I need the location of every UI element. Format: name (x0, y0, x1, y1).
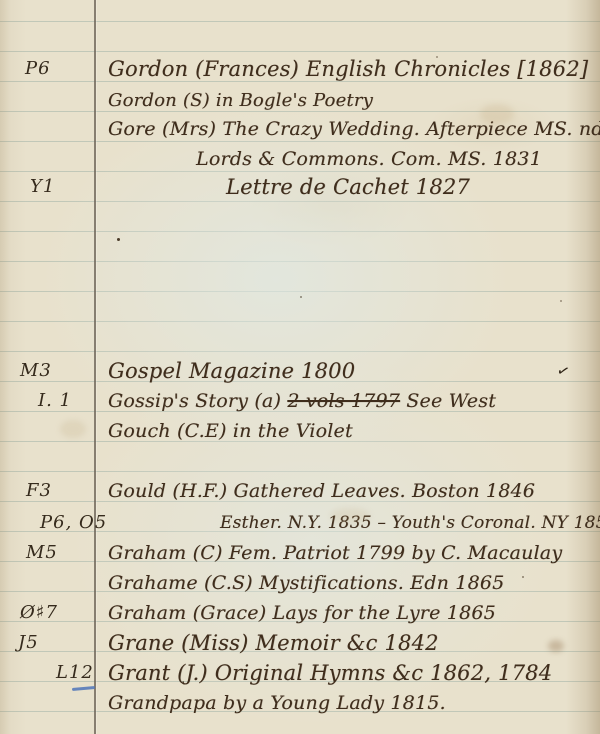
shelf-mark: P6, O5 (40, 511, 107, 535)
shelf-mark: P6 (25, 57, 51, 81)
catalog-entry-row: F3 Gould (H.F.) Gathered Leaves. Boston … (0, 478, 600, 506)
ink-speck (436, 56, 438, 58)
ink-speck (560, 300, 562, 302)
entry-text-struck: 2 vols 1797 (287, 390, 400, 412)
entry-text: Gordon (Frances) English Chronicles [186… (108, 56, 588, 82)
catalog-entry-row: M3 Gospel Magazine 1800 (0, 358, 600, 386)
catalog-entry-row: Grahame (C.S) Mystifications. Edn 1865 (0, 570, 600, 598)
catalog-entry-row: M5 Graham (C) Fem. Patriot 1799 by C. Ma… (0, 540, 600, 568)
entry-text: Grane (Miss) Memoir &c 1842 (108, 630, 439, 656)
entry-text: Lords & Commons. Com. MS. 1831 (196, 146, 542, 172)
entry-text: Grandpapa by a Young Lady 1815. (108, 690, 446, 716)
paper-stain (548, 640, 564, 652)
entry-text: Gospel Magazine 1800 (108, 358, 355, 384)
entry-text: Grant (J.) Original Hymns &c 1862, 1784 (108, 660, 552, 686)
catalog-entry-row: Ø♯7 Graham (Grace) Lays for the Lyre 186… (0, 600, 600, 628)
shelf-mark: Ø♯7 (20, 601, 58, 625)
shelf-mark: Y1 (30, 175, 55, 199)
catalog-entry-row: J5 Grane (Miss) Memoir &c 1842 (0, 630, 600, 658)
entry-text: Gore (Mrs) The Crazy Wedding. Afterpiece… (108, 116, 600, 142)
entry-text: Gordon (S) in Bogle's Poetry (108, 88, 373, 114)
entry-text: Graham (Grace) Lays for the Lyre 1865 (108, 600, 496, 626)
ink-speck (522, 576, 524, 578)
entry-text-pre: Gossip's Story (a) (108, 390, 287, 412)
shelf-mark: M5 (26, 541, 58, 565)
shelf-mark: L12 (56, 661, 94, 685)
paper-stain (480, 104, 514, 124)
catalog-entry-row: I. 1 Gossip's Story (a) 2 vols 1797 See … (0, 388, 600, 416)
catalog-entry-row: P6 Gordon (Frances) English Chronicles [… (0, 56, 600, 84)
catalog-entry-row: Grandpapa by a Young Lady 1815. (0, 690, 600, 718)
entry-text: Grahame (C.S) Mystifications. Edn 1865 (108, 570, 504, 596)
shelf-mark: F3 (26, 479, 52, 503)
entry-text: Graham (C) Fem. Patriot 1799 by C. Macau… (108, 540, 562, 566)
entry-text: Lettre de Cachet 1827 (226, 174, 470, 200)
ink-speck (300, 296, 302, 298)
ledger-page: P6 Gordon (Frances) English Chronicles [… (0, 0, 600, 734)
entry-text: Gould (H.F.) Gathered Leaves. Boston 184… (108, 478, 535, 504)
paper-stain (330, 508, 370, 524)
catalog-entry-row: Lords & Commons. Com. MS. 1831 (0, 146, 600, 174)
ink-speck (117, 238, 120, 241)
catalog-entry-row: P6, O5 Esther. N.Y. 1835 – Youth's Coron… (0, 510, 600, 538)
catalog-entry-row: Y1 Lettre de Cachet 1827 (0, 174, 600, 202)
entry-text: Esther. N.Y. 1835 – Youth's Coronal. NY … (220, 510, 600, 536)
entry-text: Gossip's Story (a) 2 vols 1797 See West (108, 388, 496, 414)
catalog-entry-row: L12 Grant (J.) Original Hymns &c 1862, 1… (0, 660, 600, 688)
catalog-entry-row: Gouch (C.E) in the Violet (0, 418, 600, 446)
entry-text-post: See West (400, 390, 496, 412)
shelf-mark: J5 (18, 631, 39, 655)
shelf-mark: I. 1 (38, 389, 72, 413)
entry-text: Gouch (C.E) in the Violet (108, 418, 353, 444)
paper-stain (60, 420, 86, 438)
shelf-mark: M3 (20, 359, 52, 383)
